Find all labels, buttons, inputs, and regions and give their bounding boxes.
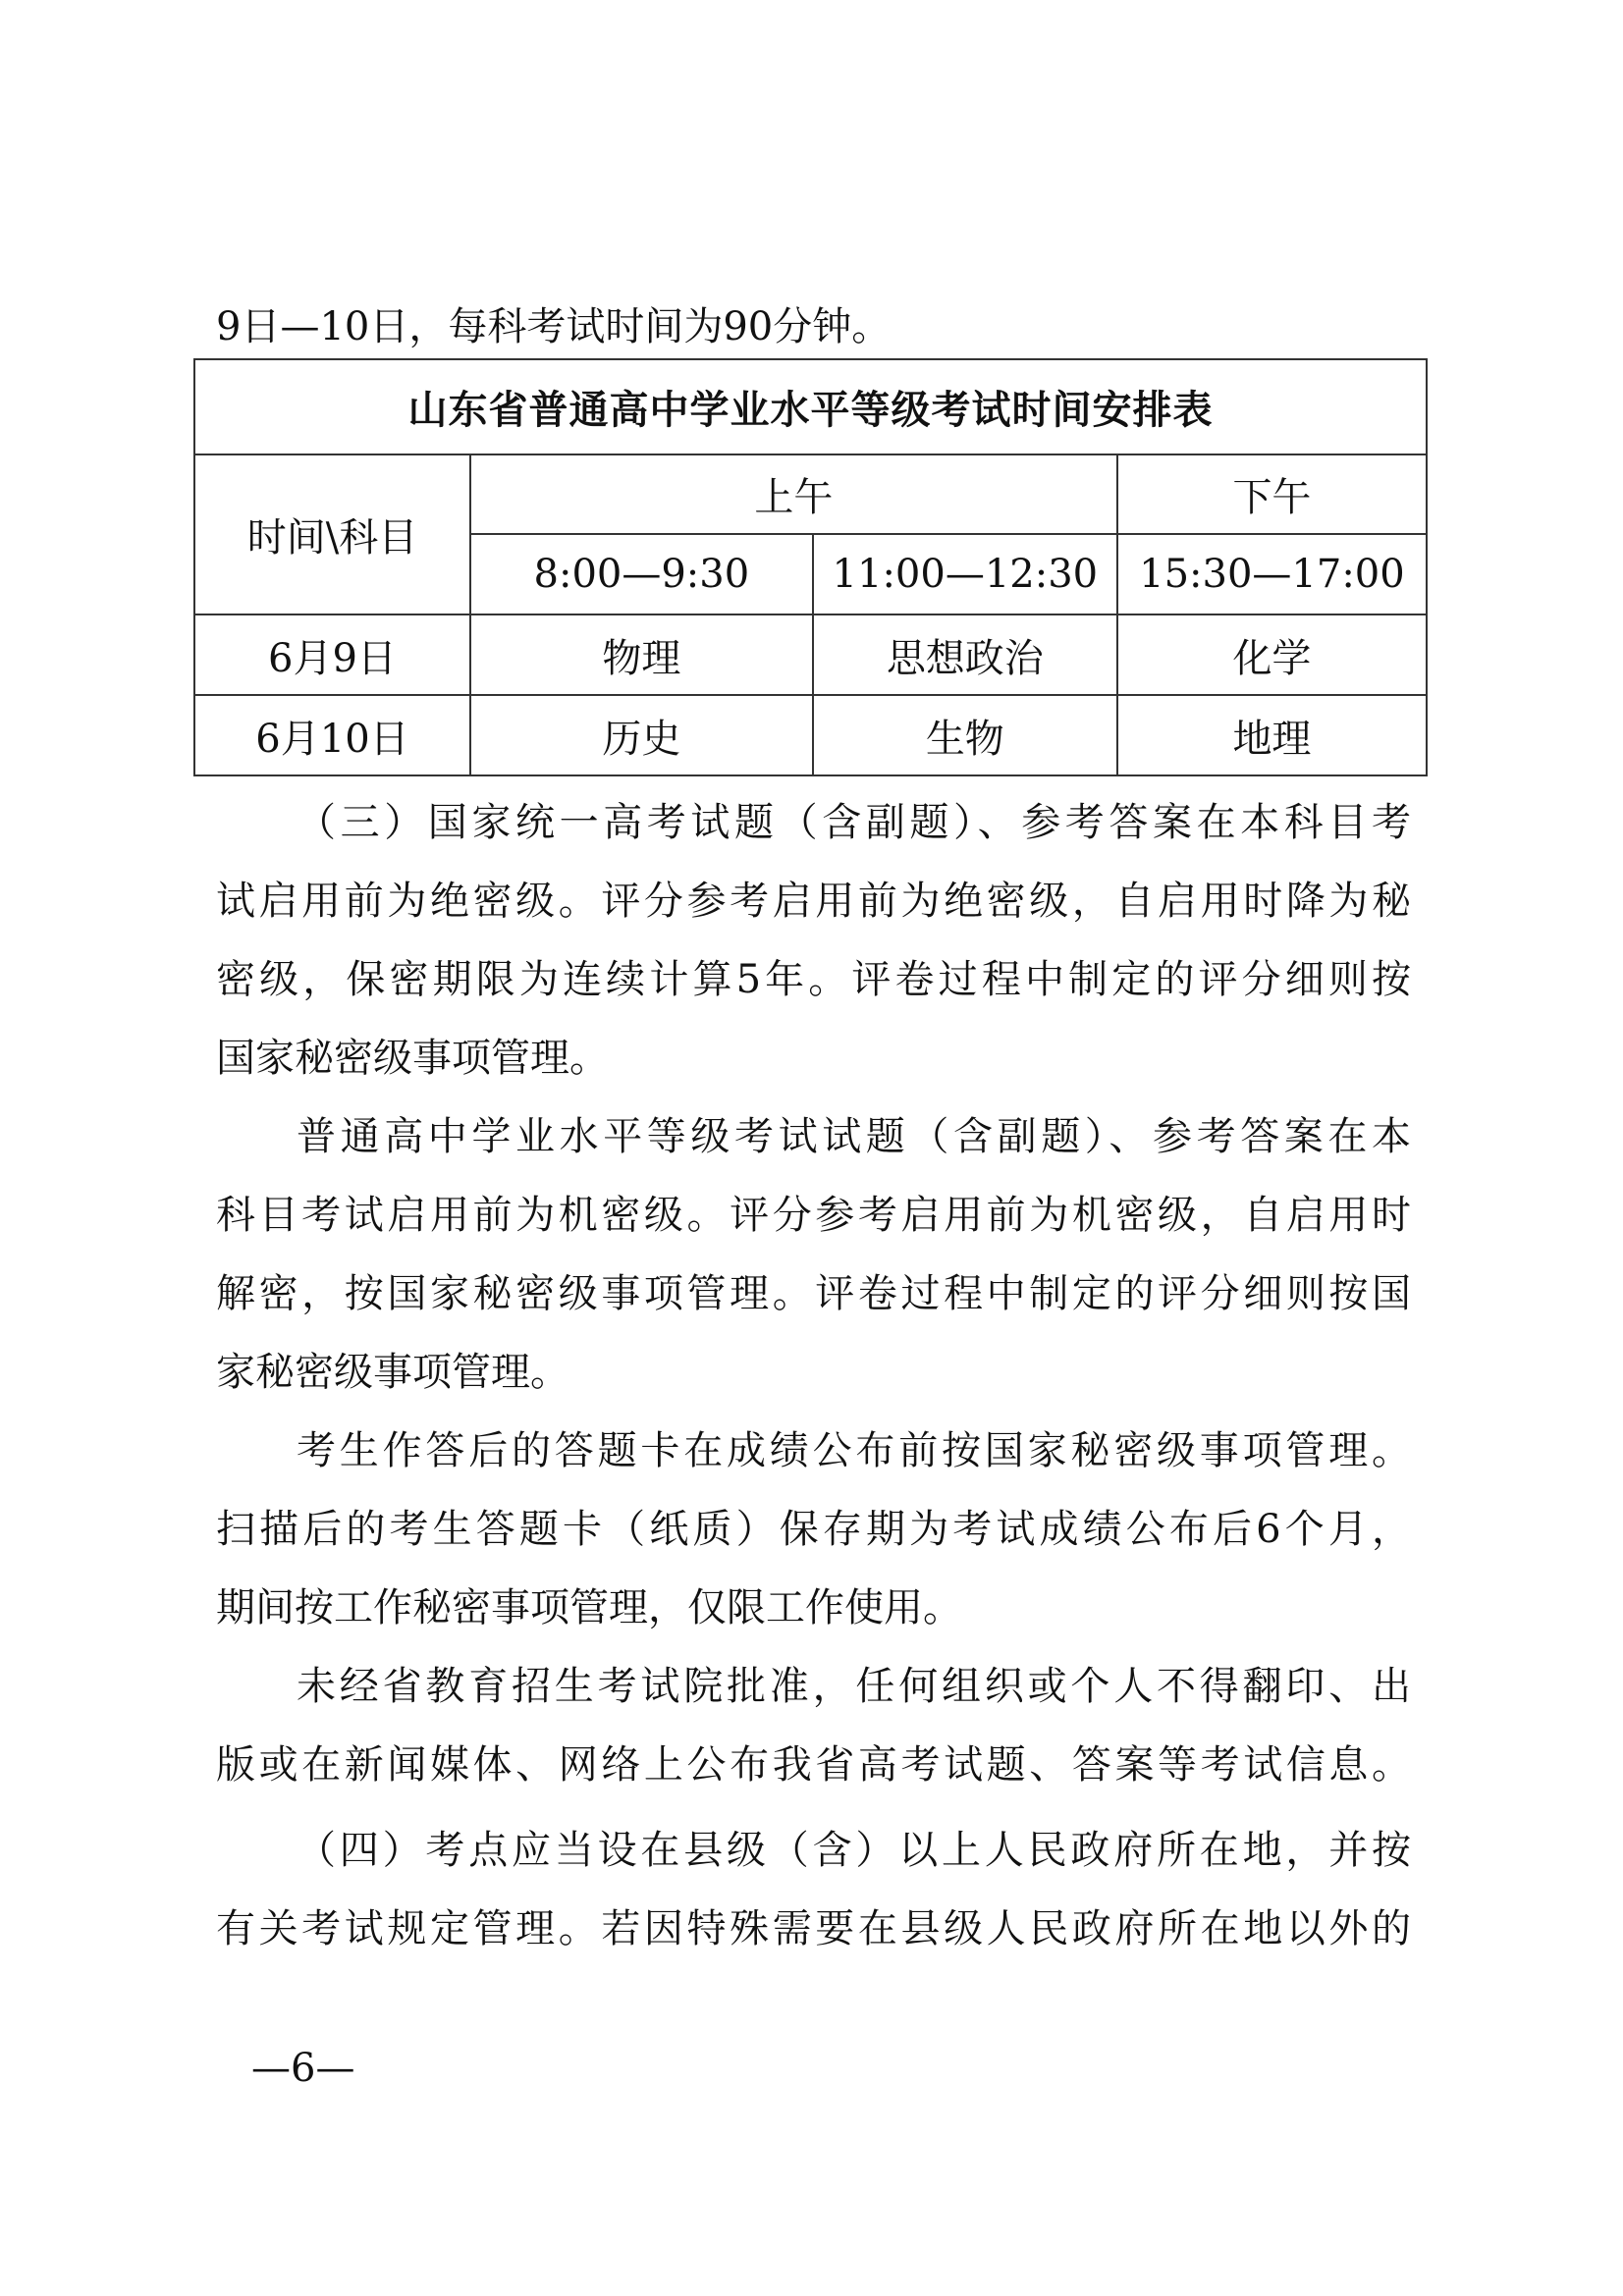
subject-cell: 物理: [470, 614, 813, 695]
text-line: 科目考试启用前为机密级。评分参考启用前为机密级，自启用时: [216, 1176, 1411, 1255]
text-line: 考生作答后的答题卡在成绩公布前按国家秘密级事项管理。: [297, 1412, 1411, 1490]
text-line: 期间按工作秘密事项管理，仅限工作使用。: [216, 1569, 1411, 1647]
table-row: 6月10日 历史 生物 地理: [194, 695, 1427, 775]
text-line: 国家秘密级事项管理。: [216, 1019, 1411, 1097]
text-line: （三）国家统一高考试题（含副题）、参考答案在本科目考: [297, 783, 1411, 862]
subject-cell: 历史: [470, 695, 813, 775]
period-afternoon: 下午: [1117, 454, 1427, 534]
text-line: 试启用前为绝密级。评分参考启用前为绝密级，自启用时降为秘: [216, 862, 1411, 940]
text-line: （四）考点应当设在县级（含）以上人民政府所在地，并按: [297, 1811, 1411, 1890]
corner-header: 时间\科目: [194, 454, 470, 614]
text-line: 密级，保密期限为连续计算5年。评卷过程中制定的评分细则按: [216, 940, 1411, 1019]
text-line: 扫描后的考生答题卡（纸质）保存期为考试成绩公布后6个月，: [216, 1490, 1411, 1569]
intro-line: 9日—10日，每科考试时间为90分钟。: [216, 288, 1411, 366]
subject-cell: 化学: [1117, 614, 1427, 695]
date-cell: 6月9日: [194, 614, 470, 695]
text-line: 有关考试规定管理。若因特殊需要在县级人民政府所在地以外的: [216, 1890, 1411, 1968]
table-title: 山东省普通高中学业水平等级考试时间安排表: [194, 359, 1427, 454]
subject-cell: 思想政治: [813, 614, 1117, 695]
table-row: 6月9日 物理 思想政治 化学: [194, 614, 1427, 695]
time-slot: 8:00—9:30: [470, 534, 813, 614]
period-morning: 上午: [470, 454, 1117, 534]
date-cell: 6月10日: [194, 695, 470, 775]
text-line: 解密，按国家秘密级事项管理。评卷过程中制定的评分细则按国: [216, 1255, 1411, 1333]
text-line: 家秘密级事项管理。: [216, 1333, 1411, 1412]
text-line: 普通高中学业水平等级考试试题（含副题）、参考答案在本: [297, 1097, 1411, 1176]
time-slot: 11:00—12:30: [813, 534, 1117, 614]
exam-schedule-table: 山东省普通高中学业水平等级考试时间安排表 时间\科目 上午 下午 8:00—9:…: [193, 358, 1428, 776]
subject-cell: 生物: [813, 695, 1117, 775]
page-number: —6—: [251, 2044, 354, 2093]
text-line: 未经省教育招生考试院批准，任何组织或个人不得翻印、出: [297, 1647, 1411, 1726]
time-slot: 15:30—17:00: [1117, 534, 1427, 614]
text-line: 版或在新闻媒体、网络上公布我省高考试题、答案等考试信息。: [216, 1726, 1411, 1804]
subject-cell: 地理: [1117, 695, 1427, 775]
